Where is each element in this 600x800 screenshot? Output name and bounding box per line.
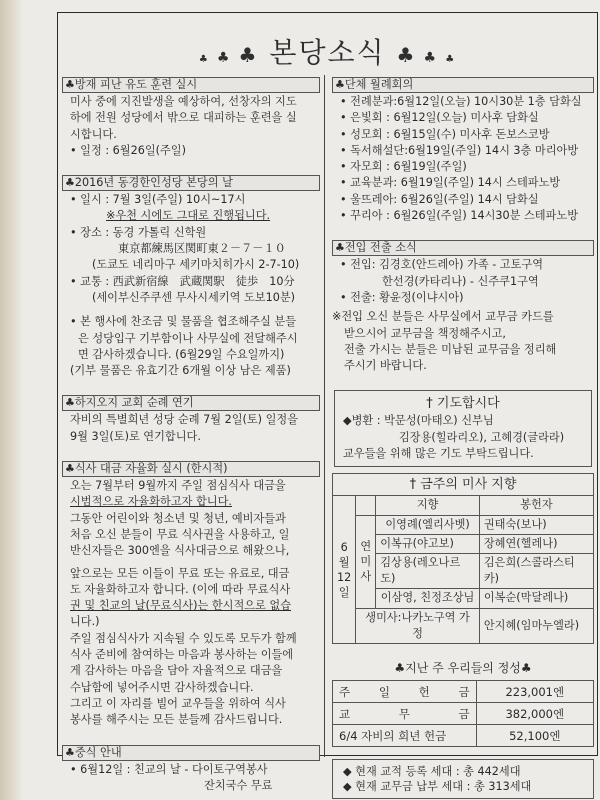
- table-row: 연 미 사 이영례(엘리사벳) 권태숙(보나): [333, 515, 594, 534]
- column-divider: [324, 75, 325, 757]
- prayer-title: † 기도합시다: [343, 395, 583, 413]
- lunch-item: 6월12일 : 친교의 날 - 다이토구역봉사: [62, 762, 320, 778]
- left-column: ♣방재 피난 유도 훈련 실시 미사 중에 지진발생을 예상하여, 선창자의 지…: [62, 77, 320, 794]
- clubs-ornament-left-icon: ♣ ♣ ♣: [199, 47, 259, 66]
- meeting-item: 자모회 : 6월19일(주일): [332, 159, 594, 175]
- donation-line: 은 성당입구 기부함이나 사무실에 전달해주시: [62, 331, 320, 347]
- rain-note: ※우천 시에도 그대로 진행됩니다.: [62, 208, 320, 224]
- intention-cell: 이복규(야고보): [376, 534, 480, 553]
- prayer-line: 교우들을 위해 많은 기도 부탁드립니다.: [343, 446, 583, 462]
- club-icon: ♣: [335, 78, 345, 91]
- bulletin-page: ♣ ♣ ♣ 본당소식 ♣ ♣ ♣ ♣방재 피난 유도 훈련 실시 미사 중에 지…: [22, 0, 600, 800]
- text-line: 시범적으로 자율화하고자 합니다.: [62, 494, 320, 510]
- offering-table: 주 일 헌 금 223,001엔 교 무 금: [332, 680, 594, 747]
- paying-households: ◆ 현재 교무금 납부 세대 : 총 313세대: [343, 779, 583, 794]
- text-line: 그리고 이 자리를 빌어 교우들을 위하여 식사: [62, 696, 320, 712]
- registered-households: ◆ 현재 교적 등록 세대 : 총 442세대: [343, 764, 583, 779]
- text-line: 시합니다.: [62, 127, 320, 143]
- text-line: 게 감사하는 마음을 담아 자율적으로 대금을: [62, 663, 320, 679]
- datetime-item: 일시 : 7월 3일(주일) 10시~17시: [62, 192, 320, 208]
- right-column: ♣단체 월례회의 전례분과:6월12일(오늘) 10시30분 1층 담화실 은빛…: [332, 77, 594, 799]
- column-header-offerer: 봉헌자: [479, 496, 593, 515]
- offering-value: 223,001엔: [476, 681, 593, 703]
- table-row: 6/4 자비의 희년 헌금 52,100엔: [333, 725, 594, 747]
- offering-label: 6/4 자비의 희년 헌금: [333, 725, 477, 747]
- transport-item: 교통 : 西武新宿線 武蔵関駅 徒歩 10分: [62, 274, 320, 290]
- meeting-item: 꾸리아 : 6월26일(주일) 14시30분 스테파노방: [332, 208, 594, 224]
- schedule-item: 일정 : 6월26일(주일): [62, 143, 320, 159]
- offerer-cell: 이복순(막달레나): [479, 589, 593, 608]
- club-icon: ♣: [65, 176, 75, 189]
- text-line: 처음 오신 분들이 무료 식사권을 사용하고, 일: [62, 527, 320, 543]
- offerer-cell: 김은희(스콜라스티카): [479, 553, 593, 588]
- meeting-item: 성모회 : 6월15일(수) 미사후 돈보스코방: [332, 127, 594, 143]
- donation-note: (기부 물품은 유효기간 6개월 이상 남은 제품): [62, 363, 320, 379]
- club-icon: ♣: [65, 78, 75, 91]
- offering-title: ♣지난 주 우리들의 정성♣: [332, 660, 594, 676]
- table-row: 교 무 금 382,000엔: [333, 703, 594, 725]
- text-line: 미사 중에 지진발생을 예상하여, 선창자의 지도: [62, 94, 320, 110]
- text-line: 주일 점심식사가 지속될 수 있도록 모두가 함께: [62, 631, 320, 647]
- club-icon: ♣: [65, 396, 75, 409]
- transport-korean: (세이부신주쿠센 무사시세키역 도보10분): [62, 290, 320, 306]
- offerer-cell: 안지혜(임마누엘라): [479, 608, 593, 643]
- text-line: 니다.): [62, 614, 320, 630]
- place-item: 장소 : 동경 가톨릭 신학원: [62, 225, 320, 241]
- prayer-line: ◆병환 : 박문성(마태오) 신부님: [343, 413, 583, 429]
- section-parish-day: ♣2016년 동경한인성당 본당의 날 일시 : 7월 3일(주일) 10시~1…: [62, 175, 320, 379]
- mass-date: 6 월 12 일: [333, 496, 356, 644]
- mass-intention-table: † 금주의 미사 지향 6 월 12 일 지향 봉헌자 연 미 사 이영례(엘리…: [332, 473, 594, 644]
- transfer-in-item: 한선경(카타리나) - 신주쿠1구역: [332, 274, 594, 290]
- section-heading: ♣식사 대금 자율화 실시 (한시적): [62, 461, 320, 477]
- club-icon: ♣: [335, 241, 345, 254]
- memorial-mass-label: 연 미 사: [356, 515, 376, 608]
- text-line: 식사 준비에 참여하는 마음과 봉사하는 이들에: [62, 647, 320, 663]
- transfer-in-item: 전입: 김경호(안드레아) 가족 - 고토구역: [332, 257, 594, 273]
- mass-table-title: † 금주의 미사 지향: [333, 474, 594, 496]
- text-line: 하에 전원 성당에서 밖으로 대피하는 훈련을 실: [62, 110, 320, 126]
- meeting-item: 은빛회 : 6월12일(오늘) 미사후 담화실: [332, 110, 594, 126]
- meeting-item: 독서해설단:6월19일(주일) 14시 3층 마리아방: [332, 143, 594, 159]
- intention-cell: 김상용(레오나르도): [376, 553, 480, 588]
- address-japanese: 東京都練馬区関町東２－７－１０: [62, 241, 320, 257]
- offering-label: 주 일 헌 금: [333, 681, 477, 703]
- transfer-note: 전출 가시는 분들은 미납된 교무금을 정리해: [332, 342, 594, 358]
- text-line: 오는 7월부터 9월까지 주일 점심식사 대금을: [62, 478, 320, 494]
- column-header-intention: 지향: [376, 496, 480, 515]
- transfer-note: ※전입 오신 분들은 사무실에서 교무금 카드를: [332, 309, 594, 325]
- section-heading: ♣중식 안내: [62, 745, 320, 761]
- text-line: 권 및 친교의 날(무료식사)는 한시적으로 없습: [62, 598, 320, 614]
- text-line: 자비의 특별희년 성당 순례 7월 2일(토) 일정을: [62, 412, 320, 428]
- section-heading: ♣단체 월례회의: [332, 77, 594, 93]
- text-line: 반신자들은 300엔을 식사대금으로 해왔으나,: [62, 543, 320, 559]
- section-heading: ♣전입 전출 소식: [332, 240, 594, 256]
- meeting-item: 전례분과:6월12일(오늘) 10시30분 1층 담화실: [332, 94, 594, 110]
- section-evacuation-drill: ♣방재 피난 유도 훈련 실시 미사 중에 지진발생을 예상하여, 선창자의 지…: [62, 77, 320, 159]
- household-summary-box: ◆ 현재 교적 등록 세대 : 총 442세대 ◆ 현재 교무금 납부 세대 :…: [332, 759, 594, 799]
- text-line: 그동안 어린이와 청소년 및 청년, 예비자들과: [62, 511, 320, 527]
- address-korean: (도쿄도 네리마구 세키마치히가시 2-7-10): [62, 257, 320, 273]
- text-line: 도 자율화하고자 합니다. (이에 따라 무료식사: [62, 582, 320, 598]
- page-title: 본당소식: [269, 36, 385, 69]
- offerer-cell: 권태숙(보나): [479, 515, 593, 534]
- section-transfers: ♣전입 전출 소식 전입: 김경호(안드레아) 가족 - 고토구역 한선경(카타…: [332, 240, 594, 374]
- text-line: 수납함에 넣어주시면 감사하겠습니다.: [62, 680, 320, 696]
- table-row: 주 일 헌 금 223,001엔: [333, 681, 594, 703]
- text-line: 9월 3일(토)로 연기합니다.: [62, 429, 320, 445]
- transfer-out-item: 전출: 황윤정(이냐시아): [332, 290, 594, 306]
- text-line: 봉사를 해주시는 모든 분들께 감사드립니다.: [62, 712, 320, 728]
- donation-line: 본 행사에 찬조금 및 물품을 협조해주실 분들: [62, 314, 320, 330]
- section-heading: ♣방재 피난 유도 훈련 실시: [62, 77, 320, 93]
- table-row: 생미사:나카노구역 가정 안지혜(임마누엘라): [333, 608, 594, 643]
- donation-line: 면 감사하겠습니다. (6월29일 수요일까지): [62, 347, 320, 363]
- section-lunch-info: ♣중식 안내 6월12일 : 친교의 날 - 다이토구역봉사 잔치국수 무료: [62, 745, 320, 795]
- offerer-cell: 장혜연(헬레나): [479, 534, 593, 553]
- transfer-note: 받으시어 교무금을 책정해주시고,: [332, 326, 594, 342]
- transfer-note: 주시기 바랍니다.: [332, 358, 594, 374]
- intention-cell: 이삼영, 친정조상님: [376, 589, 480, 608]
- lunch-item-detail: 잔치국수 무료: [62, 778, 320, 794]
- meeting-item: 울뜨레아: 6월26일(주일) 14시 담화실: [332, 192, 594, 208]
- intention-cell: 이영례(엘리사벳): [376, 515, 480, 534]
- clubs-ornament-right-icon: ♣ ♣ ♣: [397, 47, 457, 66]
- club-icon: ♣: [65, 746, 75, 759]
- offering-label: 교 무 금: [333, 703, 477, 725]
- bulletin-frame: ♣ ♣ ♣ 본당소식 ♣ ♣ ♣ ♣방재 피난 유도 훈련 실시 미사 중에 지…: [57, 12, 598, 756]
- offering-value: 52,100엔: [476, 725, 593, 747]
- section-heading: ♣하지오지 교회 순례 연기: [62, 395, 320, 411]
- section-monthly-meetings: ♣단체 월례회의 전례분과:6월12일(오늘) 10시30분 1층 담화실 은빛…: [332, 77, 594, 224]
- prayer-line: 김장용(힐라리오), 고혜경(글라라): [343, 430, 583, 446]
- offering-value: 382,000엔: [476, 703, 593, 725]
- meeting-item: 교육분과: 6월19일(주일) 14시 스테파노방: [332, 175, 594, 191]
- birthday-mass-intention: 생미사:나카노구역 가정: [356, 608, 480, 643]
- bulletin-header: ♣ ♣ ♣ 본당소식 ♣ ♣ ♣: [58, 31, 597, 71]
- prayer-box: † 기도합시다 ◆병환 : 박문성(마태오) 신부님 김장용(힐라리오), 고혜…: [334, 390, 592, 467]
- text-line: 앞으로는 모든 이들이 무료 또는 유료로, 대금: [62, 566, 320, 582]
- club-icon: ♣: [65, 462, 75, 475]
- section-pilgrimage: ♣하지오지 교회 순례 연기 자비의 특별희년 성당 순례 7월 2일(토) 일…: [62, 395, 320, 445]
- section-heading: ♣2016년 동경한인성당 본당의 날: [62, 175, 320, 191]
- section-meal-payment: ♣식사 대금 자율화 실시 (한시적) 오는 7월부터 9월까지 주일 점심식사…: [62, 461, 320, 728]
